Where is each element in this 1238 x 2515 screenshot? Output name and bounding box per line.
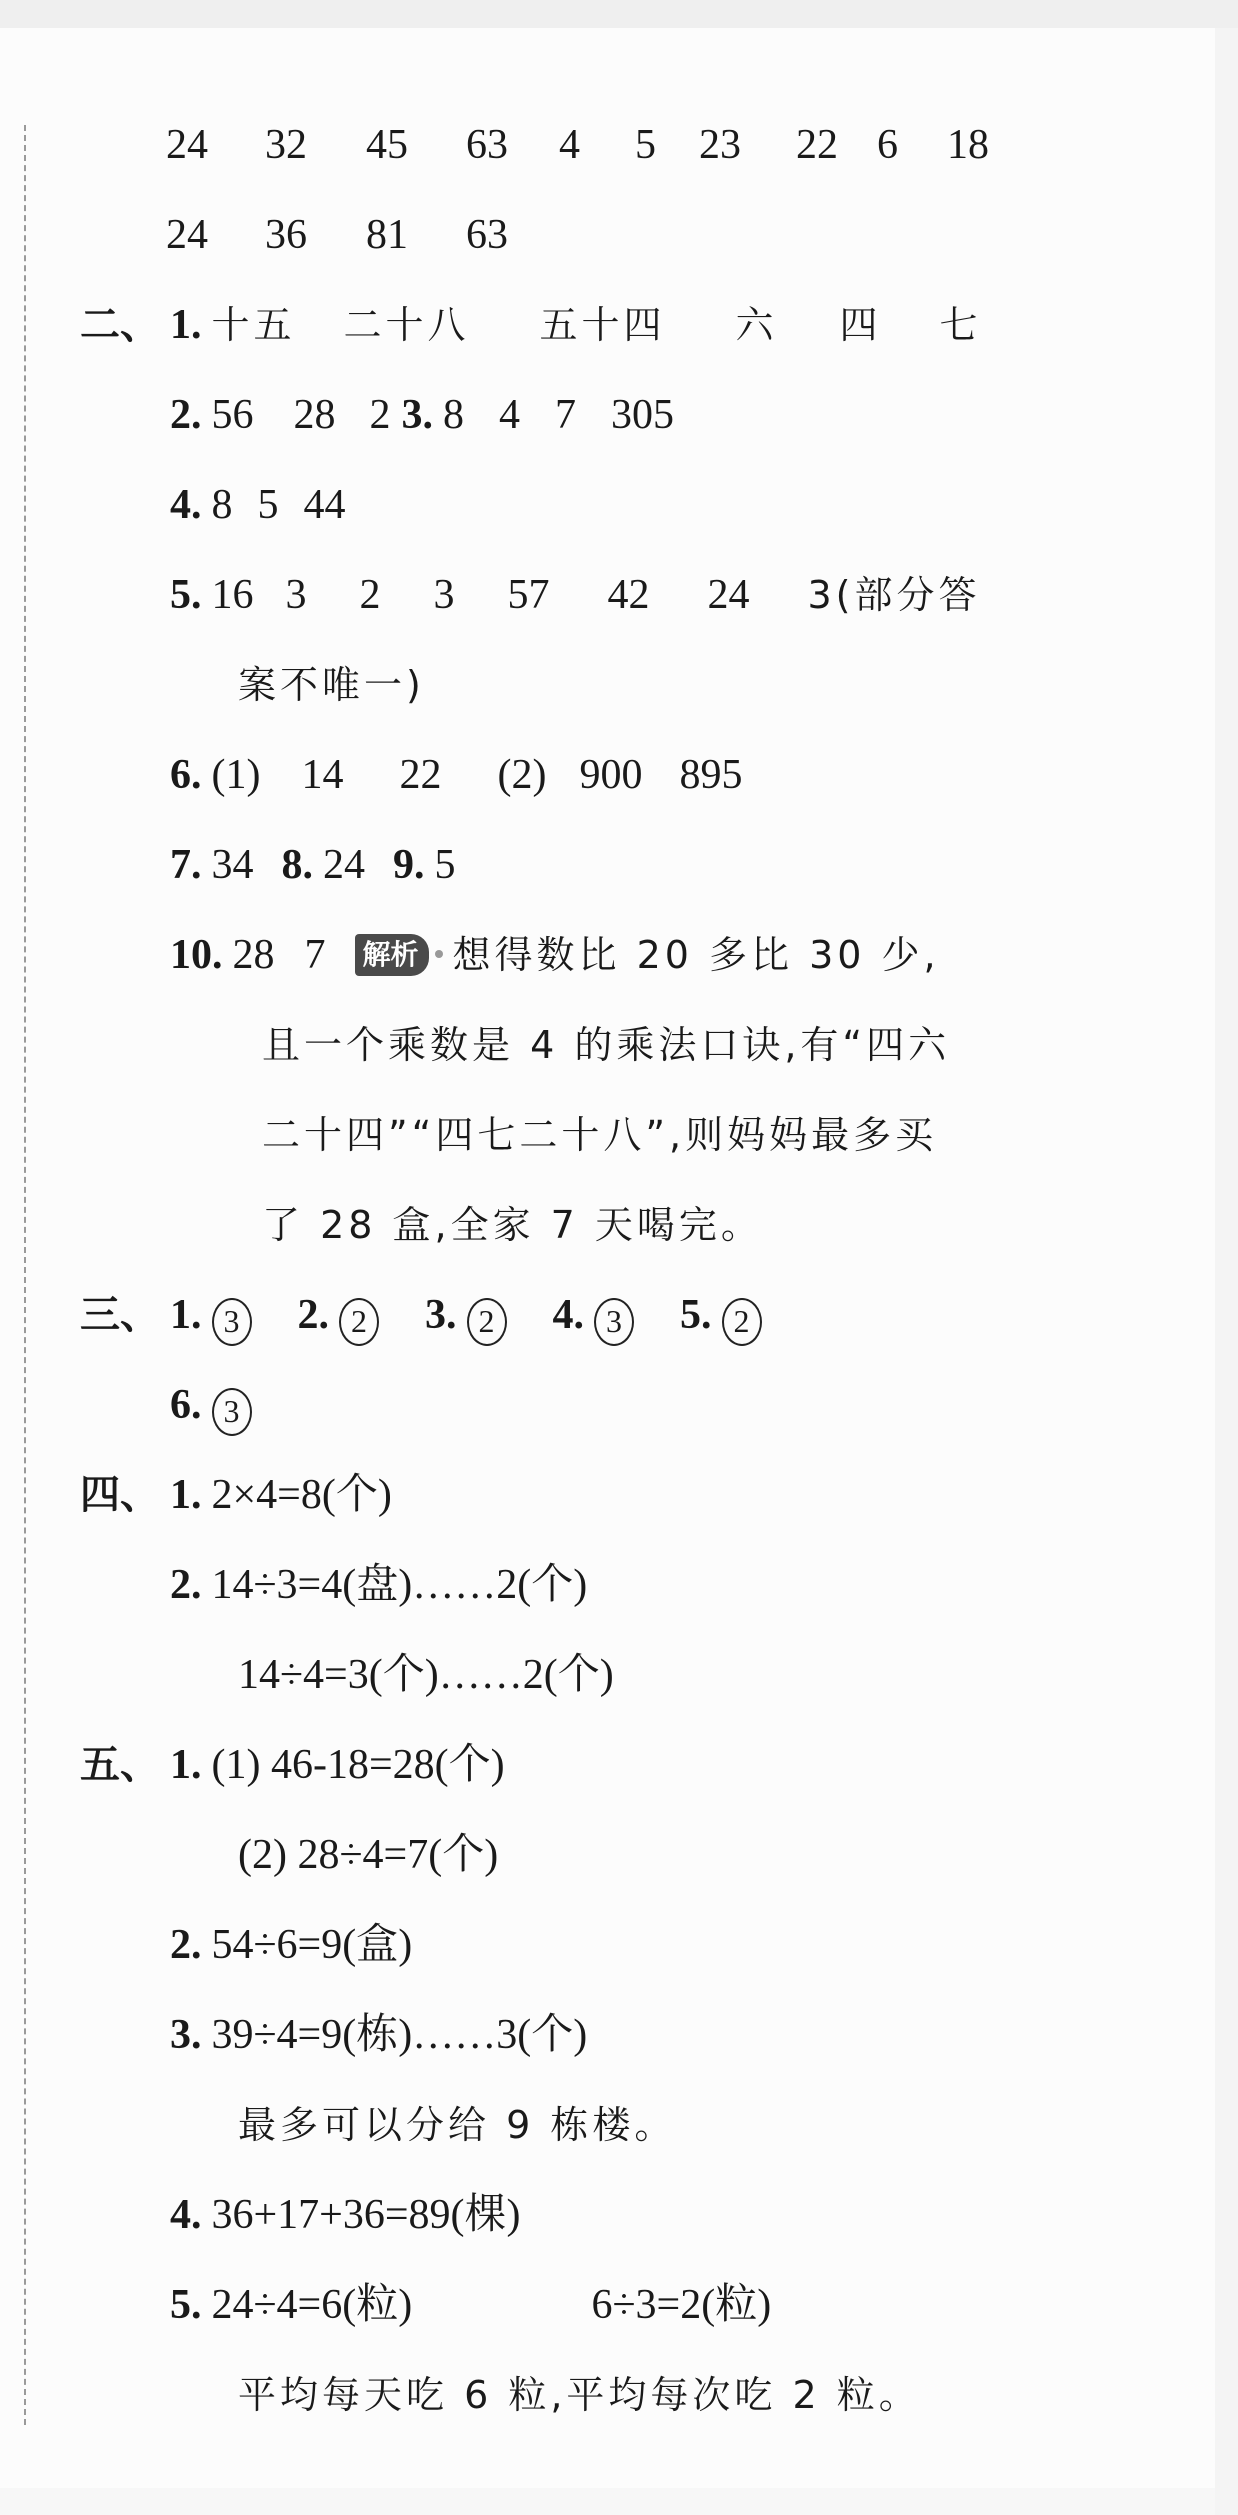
question-number: 5. [170, 565, 202, 625]
equation: 24÷4=6(粒) [212, 2275, 592, 2335]
section-marker-four: 四、 [80, 1465, 160, 1525]
equation: 6÷3=2(粒) [592, 2275, 772, 2335]
question-2-5-continued: 案不唯一) [238, 655, 425, 715]
equation: (2) 28÷4=7(个) [238, 1825, 498, 1885]
question-number: 1. [170, 1285, 202, 1345]
answer-value: 45 [366, 115, 466, 175]
answer-value: 2 [370, 385, 402, 445]
analysis-line: 且一个乘数是 4 的乘法口诀,有“四六 [262, 1015, 950, 1075]
mcq-item: 2. 2 [298, 1285, 380, 1345]
answer-sentence: 平均每天吃 6 粒,平均每次吃 2 粒。 [238, 2365, 921, 2425]
section-marker-three: 三、 [80, 1285, 160, 1345]
question-4-2: 2. 14÷3=4(盘)……2(个) [170, 1555, 587, 1615]
question-4-1: 1. 2×4=8(个) [170, 1465, 392, 1525]
question-5-5: 5. 24÷4=6(粒) 6÷3=2(粒) [170, 2275, 771, 2335]
answer-value: 63 [466, 115, 559, 175]
question-number: 1. [170, 1465, 202, 1525]
answer-value: 七 [940, 295, 982, 355]
question-number: 9. [393, 835, 425, 895]
answer-value: 22 [796, 115, 877, 175]
circled-choice-icon: 3 [212, 1388, 252, 1436]
analysis-badge: 解析 [355, 934, 429, 976]
answer-value: 63 [466, 205, 508, 265]
answer-value: 81 [366, 205, 466, 265]
question-number: 6. [170, 1375, 202, 1435]
analysis-text: 二十四”“四七二十八”,则妈妈最多买 [262, 1105, 937, 1165]
answer-note: 案不唯一) [238, 655, 425, 715]
answer-value: 四 [840, 295, 940, 355]
question-2-10: 10. 28 7 解析 想得数比 20 多比 30 少, [170, 925, 940, 985]
equation: (1) 46-18=28(个) [212, 1735, 505, 1795]
equation: 14÷4=3(个)……2(个) [238, 1645, 614, 1705]
answer-value: 57 [508, 565, 608, 625]
answer-value: 24 [708, 565, 808, 625]
equation: 2×4=8(个) [212, 1465, 392, 1525]
circled-choice-icon: 2 [722, 1298, 762, 1346]
question-number: 6. [170, 745, 202, 805]
answer-value: 900 [580, 745, 680, 805]
question-number: 4. [170, 475, 202, 535]
question-number: 2. [298, 1285, 330, 1345]
question-number: 5. [680, 1285, 712, 1345]
equation: 54÷6=9(盒) [212, 1915, 413, 1975]
question-3-6: 6. 3 [170, 1375, 298, 1435]
answer-value: 895 [680, 745, 743, 805]
circled-choice-icon: 3 [594, 1298, 634, 1346]
answer-value: 2 [360, 565, 434, 625]
answer-value: 五十四 [540, 295, 736, 355]
equation: 39÷4=9(栋)……3(个) [212, 2005, 588, 2065]
answer-value: 14 [302, 745, 400, 805]
answer-value: 23 [699, 115, 796, 175]
answer-value: 28 [294, 385, 370, 445]
answer-value: 8 [212, 475, 258, 535]
analysis-text: 想得数比 20 多比 30 少, [453, 925, 940, 985]
question-number: 2. [170, 1555, 202, 1615]
section-marker-two: 二、 [80, 295, 160, 355]
analysis-line: 二十四”“四七二十八”,则妈妈最多买 [262, 1105, 937, 1165]
question-2-1: 1. 十五 二十八 五十四 六 四 七 [170, 295, 982, 355]
answer-value: 32 [265, 115, 366, 175]
analysis-text: 且一个乘数是 4 的乘法口诀,有“四六 [262, 1015, 950, 1075]
answer-value: 56 [212, 385, 294, 445]
subpart-label: (1) [212, 745, 302, 805]
question-2-5: 5. 16 3 2 3 57 42 24 3(部分答 [170, 565, 981, 625]
answer-value: 二十八 [344, 295, 540, 355]
answer-value: 5 [258, 475, 304, 535]
circled-choice-icon: 3 [212, 1298, 252, 1346]
question-number: 3. [170, 2005, 202, 2065]
question-5-1-line2: (2) 28÷4=7(个) [238, 1825, 498, 1885]
circled-choice-icon: 2 [339, 1298, 379, 1346]
question-3-row: 1. 3 2. 2 3. 2 4. 3 5. 2 [170, 1285, 808, 1345]
analysis-line: 了 28 盒,全家 7 天喝完。 [262, 1195, 763, 1255]
answer-value: 4 [559, 115, 635, 175]
question-number: 2. [170, 385, 202, 445]
answer-value: 7 [555, 385, 611, 445]
question-number: 10. [170, 925, 223, 985]
scan-right-band [1215, 28, 1238, 2515]
circled-choice-icon: 2 [467, 1298, 507, 1346]
answer-sentence: 最多可以分给 9 栋楼。 [238, 2095, 676, 2155]
question-number: 1. [170, 295, 202, 355]
equation: 14÷3=4(盘)……2(个) [212, 1555, 588, 1615]
binding-dashed-line [24, 125, 26, 2425]
answer-row: 24 32 45 63 4 5 23 22 6 18 [166, 115, 989, 175]
answer-value: 3 [286, 565, 360, 625]
answer-value: 5 [635, 115, 699, 175]
question-5-2: 2. 54÷6=9(盒) [170, 1915, 412, 1975]
question-2-6: 6. (1) 14 22 (2) 900 895 [170, 745, 743, 805]
answer-value: 8 [443, 385, 499, 445]
question-number: 8. [282, 835, 314, 895]
mcq-item: 6. 3 [170, 1375, 252, 1435]
answer-value: 42 [608, 565, 708, 625]
analysis-text: 了 28 盒,全家 7 天喝完。 [262, 1195, 763, 1255]
answer-value: 18 [947, 115, 989, 175]
answer-value: 34 [212, 835, 282, 895]
answer-row: 24 36 81 63 [166, 205, 508, 265]
answer-value: 7 [305, 925, 335, 985]
scan-top-band [0, 0, 1238, 28]
equation: 36+17+36=89(棵) [212, 2185, 521, 2245]
question-2-4: 4. 8 5 44 [170, 475, 346, 535]
question-5-1: 1. (1) 46-18=28(个) [170, 1735, 505, 1795]
question-5-5-line2: 平均每天吃 6 粒,平均每次吃 2 粒。 [238, 2365, 921, 2425]
answer-value: 305 [611, 385, 674, 445]
section-marker-five: 五、 [80, 1735, 160, 1795]
answer-value: 5 [435, 835, 456, 895]
question-number: 5. [170, 2275, 202, 2335]
answer-value: 六 [736, 295, 840, 355]
answer-value: 44 [304, 475, 346, 535]
mcq-item: 1. 3 [170, 1285, 252, 1345]
subpart-label: (2) [498, 745, 580, 805]
question-number: 4. [170, 2185, 202, 2245]
question-number: 4. [553, 1285, 585, 1345]
answer-value: 24 [166, 205, 265, 265]
question-5-3: 3. 39÷4=9(栋)……3(个) [170, 2005, 587, 2065]
answer-value: 24 [166, 115, 265, 175]
mcq-item: 5. 2 [680, 1285, 762, 1345]
answer-value: 36 [265, 205, 366, 265]
answer-value: 28 [233, 925, 305, 985]
question-number: 2. [170, 1915, 202, 1975]
question-number: 1. [170, 1735, 202, 1795]
mcq-item: 4. 3 [553, 1285, 635, 1345]
question-2-2-and-3: 2. 56 28 2 3. 8 4 7 305 [170, 385, 674, 445]
mcq-item: 3. 2 [425, 1285, 507, 1345]
question-5-3-line2: 最多可以分给 9 栋楼。 [238, 2095, 676, 2155]
question-number: 3. [425, 1285, 457, 1345]
question-2-7-8-9: 7. 34 8. 24 9. 5 [170, 835, 456, 895]
question-number: 7. [170, 835, 202, 895]
question-5-4: 4. 36+17+36=89(棵) [170, 2185, 521, 2245]
question-4-2-line2: 14÷4=3(个)……2(个) [238, 1645, 614, 1705]
bullet-dot-icon [435, 950, 443, 958]
answer-value: 3 [434, 565, 508, 625]
answer-value: 4 [499, 385, 555, 445]
answer-value: 22 [400, 745, 498, 805]
answer-value-with-note: 3(部分答 [808, 565, 981, 625]
answer-value: 16 [212, 565, 286, 625]
answer-value: 24 [323, 835, 393, 895]
question-number: 3. [402, 385, 434, 445]
answer-value: 6 [877, 115, 947, 175]
answer-value: 十五 [212, 295, 344, 355]
